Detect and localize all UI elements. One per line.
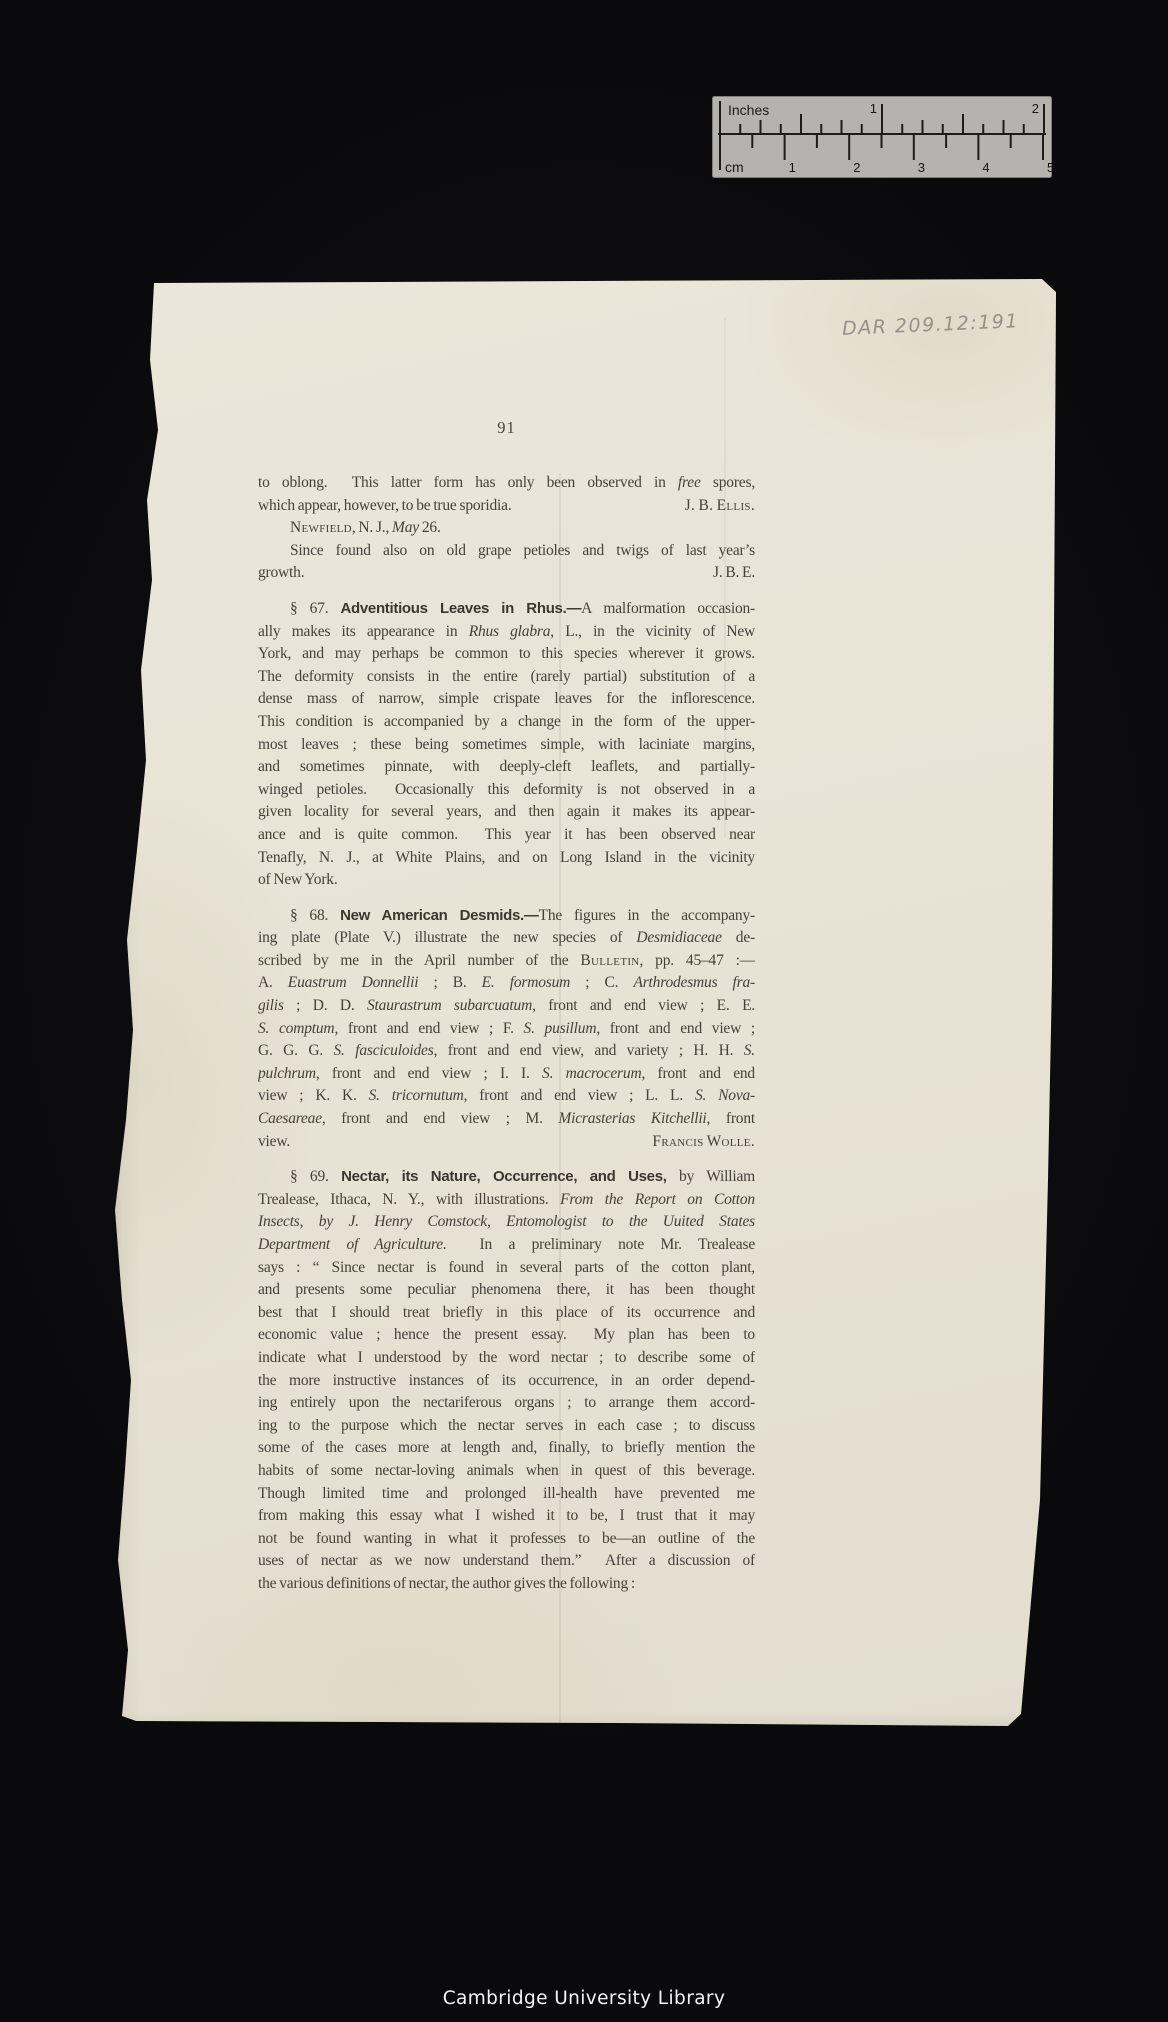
text-line: economic value ; hence the present essay… [258, 1324, 755, 1347]
text-segment: § 69. [290, 1168, 341, 1185]
ruler-cm-label: cm [725, 159, 744, 175]
library-caption: Cambridge University Library [0, 1988, 1168, 2009]
text-segment: Insects, by J. Henry Comstock, Entomolog… [258, 1213, 755, 1230]
text-line: view ; K. K. S. tricornutum, front and e… [258, 1085, 755, 1108]
text-segment: J. B. E. [713, 564, 755, 581]
text-segment: In a preliminary note Mr. Trealease [447, 1236, 755, 1253]
paragraph-section-67: § 67. Adventitious Leaves in Rhus.—A mal… [258, 598, 755, 892]
text-segment: , pp. 45–47 :— [640, 952, 755, 969]
text-segment: Bulletin [580, 952, 639, 969]
text-line: ally makes its appearance in Rhus glabra… [258, 621, 755, 644]
text-line: ing entirely upon the nectariferous orga… [258, 1392, 755, 1415]
text-segment: best that I should treat briefly in this… [258, 1304, 755, 1321]
text-segment: scribed by me in the April number of the [258, 952, 580, 969]
paragraph-section-68: § 68. New American Desmids.—The figures … [258, 905, 755, 1154]
text-line: A. Euastrum Donnellii ; B. E. formosum ;… [258, 972, 755, 995]
text-line: to oblong. This latter form has only bee… [258, 472, 755, 495]
text-line: habits of some nectar-loving animals whe… [258, 1460, 755, 1483]
text-line: scribed by me in the April number of the… [258, 950, 755, 973]
text-line: most leaves ; these being sometimes simp… [258, 734, 755, 757]
text-line: dense mass of narrow, simple crispate le… [258, 688, 755, 711]
ruler-cm-number: 3 [918, 160, 925, 175]
text-segment: A malformation occasion- [581, 600, 755, 617]
text-line: and presents some peculiar phenomena the… [258, 1279, 755, 1302]
text-line: given locality for several years, and th… [258, 801, 755, 824]
text-segment: Newfield [290, 519, 352, 536]
text-line: says : “ Since nectar is found in severa… [258, 1257, 755, 1280]
text-segment: by William [667, 1168, 755, 1185]
text-segment: ; D. D. [284, 997, 367, 1014]
text-segment: S. Nova- [695, 1087, 755, 1104]
text-segment: ance and is quite common. This year it h… [258, 826, 755, 843]
text-segment: , front and end view ; M. [322, 1110, 558, 1127]
text-segment: , front and end view ; E. E. [532, 997, 755, 1014]
text-segment: and presents some peculiar phenomena the… [258, 1281, 755, 1298]
text-segment: Francis Wolle. [652, 1133, 755, 1150]
signature: J. B. Ellis. [685, 495, 755, 518]
text-segment: Caesareae [258, 1110, 322, 1127]
text-line: § 69. Nectar, its Nature, Occurrence, an… [258, 1166, 755, 1189]
text-segment: given locality for several years, and th… [258, 803, 755, 820]
text-line: Insects, by J. Henry Comstock, Entomolog… [258, 1211, 755, 1234]
paragraph-ellis-note: to oblong. This latter form has only bee… [258, 472, 755, 585]
text-segment: not be found wanting in what it professe… [258, 1530, 755, 1547]
text-segment: the various definitions of nectar, the a… [258, 1575, 635, 1592]
text-segment: spores, [701, 474, 755, 491]
text-segment: , L., in the vicinity of New [550, 623, 755, 640]
text-line: view.Francis Wolle. [258, 1131, 755, 1154]
text-segment: Department of Agriculture. [258, 1236, 447, 1253]
text-line: the various definitions of nectar, the a… [258, 1573, 755, 1596]
ruler-cm-number: 2 [853, 160, 860, 175]
text-segment: winged petioles. Occasionally this defor… [258, 781, 755, 798]
text-line: indicate what I understood by the word n… [258, 1347, 755, 1370]
text-line: growth.J. B. E. [258, 562, 755, 585]
text-line: uses of nectar as we now understand them… [258, 1550, 755, 1573]
text-segment: economic value ; hence the present essay… [258, 1326, 755, 1343]
text-segment: Euastrum Donnellii [288, 974, 419, 991]
text-segment: growth. [258, 564, 304, 581]
text-segment: Nectar, its Nature, Occurrence, and Uses… [341, 1168, 667, 1185]
text-segment: ing plate (Plate V.) illustrate the new … [258, 929, 636, 946]
text-segment: dense mass of narrow, simple crispate le… [258, 690, 755, 707]
text-line: ing to the purpose which the nectar serv… [258, 1415, 755, 1438]
text-segment: indicate what I understood by the word n… [258, 1349, 755, 1366]
text-line: not be found wanting in what it professe… [258, 1528, 755, 1551]
ruler-inch-number: 2 [1032, 101, 1039, 116]
text-line: which appear, however, to be true sporid… [258, 495, 755, 518]
text-line: § 68. New American Desmids.—The figures … [258, 905, 755, 928]
text-segment: S. comptum [258, 1020, 334, 1037]
text-segment: ; B. [418, 974, 481, 991]
text-segment: The deformity consists in the entire (ra… [258, 668, 755, 685]
text-line: Caesareae, front and end view ; M. Micra… [258, 1108, 755, 1131]
text-segment: free [678, 474, 701, 491]
text-segment: Micrasterias Kitchellii [558, 1110, 706, 1127]
text-segment: to oblong. This latter form has only bee… [258, 474, 678, 491]
text-segment: ing entirely upon the nectariferous orga… [258, 1394, 755, 1411]
text-segment: some of the cases more at length and, fi… [258, 1439, 755, 1456]
signature: Francis Wolle. [652, 1131, 755, 1154]
text-segment: the more instructive instances of its oc… [258, 1372, 755, 1389]
text-line: best that I should treat briefly in this… [258, 1302, 755, 1325]
text-line: York, and may perhaps be common to this … [258, 643, 755, 666]
paragraph-section-69: § 69. Nectar, its Nature, Occurrence, an… [258, 1166, 755, 1595]
text-segment: G. G. G. [258, 1042, 334, 1059]
text-segment: Arthrodesmus fra- [633, 974, 755, 991]
text-segment: Staurastrum subarcuatum [367, 997, 532, 1014]
text-segment: gilis [258, 997, 284, 1014]
text-segment: A. [258, 974, 288, 991]
text-line: some of the cases more at length and, fi… [258, 1437, 755, 1460]
text-segment: ; C. [570, 974, 633, 991]
text-line: and sometimes pinnate, with deeply-cleft… [258, 756, 755, 779]
text-line: gilis ; D. D. Staurastrum subarcuatum, f… [258, 995, 755, 1018]
text-line: The deformity consists in the entire (ra… [258, 666, 755, 689]
text-segment: From the Report on Cotton [560, 1191, 755, 1208]
text-line: This condition is accompanied by a chang… [258, 711, 755, 734]
text-segment: This condition is accompanied by a chang… [258, 713, 755, 730]
ruler-inch-number: 1 [870, 101, 877, 116]
text-line: S. comptum, front and end view ; F. S. p… [258, 1018, 755, 1041]
text-line: Newfield, N. J., May 26. [258, 517, 755, 540]
text-line: Though limited time and prolonged ill-he… [258, 1483, 755, 1506]
text-line: from making this essay what I wished it … [258, 1505, 755, 1528]
text-segment: , front and end view ; I. I. [316, 1065, 542, 1082]
text-line: Tenafly, N. J., at White Plains, and on … [258, 847, 755, 870]
text-segment: § 67. [290, 600, 340, 617]
text-segment: and sometimes pinnate, with deeply-cleft… [258, 758, 755, 775]
document-page: DAR 209.12:191 91 to oblong. This latter… [112, 278, 1058, 1728]
photo-backdrop: Inches cm 1212345 DAR 209.12:191 91 to o… [0, 0, 1168, 2022]
text-segment: Though limited time and prolonged ill-he… [258, 1485, 755, 1502]
page-number: 91 [258, 418, 755, 438]
text-line: pulchrum, front and end view ; I. I. S. … [258, 1063, 755, 1086]
text-segment: ally makes its appearance in [258, 623, 469, 640]
text-segment: S. [744, 1042, 755, 1059]
ruler-cm-number: 4 [982, 160, 989, 175]
text-segment: S. tricornutum [369, 1087, 464, 1104]
text-segment: Adventitious Leaves in Rhus.— [340, 600, 581, 617]
text-line: § 67. Adventitious Leaves in Rhus.—A mal… [258, 598, 755, 621]
text-segment: , front [707, 1110, 755, 1127]
text-segment: Trealease, Ithaca, N. Y., with illustrat… [258, 1191, 560, 1208]
text-segment: § 68. [290, 907, 340, 924]
text-segment: , front and end [641, 1065, 755, 1082]
text-segment: The figures in the accompany- [539, 907, 755, 924]
shelfmark-annotation: DAR 209.12:191 [842, 310, 1020, 340]
text-segment: 26. [419, 519, 441, 536]
text-segment: from making this essay what I wished it … [258, 1507, 755, 1524]
text-segment: , front and end view ; F. [334, 1020, 523, 1037]
text-block: to oblong. This latter form has only bee… [258, 472, 755, 1596]
text-segment: most leaves ; these being sometimes simp… [258, 736, 755, 753]
text-segment: habits of some nectar-loving animals whe… [258, 1462, 755, 1479]
text-line: Trealease, Ithaca, N. Y., with illustrat… [258, 1189, 755, 1212]
text-line: ance and is quite common. This year it h… [258, 824, 755, 847]
text-segment: says : “ Since nectar is found in severa… [258, 1259, 755, 1276]
text-segment: of New York. [258, 871, 338, 888]
ruler-cm-number: 5 [1047, 160, 1052, 175]
text-segment: Desmidiaceae [636, 929, 721, 946]
text-segment: which appear, however, to be true sporid… [258, 497, 512, 514]
text-segment: , front and end view ; L. L. [464, 1087, 695, 1104]
text-segment: E. formosum [482, 974, 570, 991]
text-segment: York, and may perhaps be common to this … [258, 645, 755, 662]
signature: J. B. E. [713, 562, 755, 585]
text-line: of New York. [258, 869, 755, 892]
measurement-ruler: Inches cm 1212345 [712, 96, 1052, 178]
text-segment: Rhus glabra [469, 623, 551, 640]
text-line: G. G. G. S. fasciculoides, front and end… [258, 1040, 755, 1063]
text-segment: , N. J., [352, 519, 392, 536]
ruler-inches-label: Inches [728, 102, 769, 118]
text-segment: de- [722, 929, 755, 946]
text-line: the more instructive instances of its oc… [258, 1370, 755, 1393]
text-line: ing plate (Plate V.) illustrate the new … [258, 927, 755, 950]
text-segment: Tenafly, N. J., at White Plains, and on … [258, 849, 755, 866]
text-segment: uses of nectar as we now understand them… [258, 1552, 755, 1569]
text-segment: ing to the purpose which the nectar serv… [258, 1417, 755, 1434]
text-segment: pulchrum [258, 1065, 316, 1082]
text-line: Department of Agriculture. In a prelimin… [258, 1234, 755, 1257]
text-segment: S. fasciculoides [334, 1042, 434, 1059]
text-line: Since found also on old grape petioles a… [258, 540, 755, 563]
text-segment: S. pusillum [524, 1020, 597, 1037]
text-segment: J. B. Ellis. [685, 497, 755, 514]
text-segment: Since found also on old grape petioles a… [290, 542, 755, 559]
text-segment: , front and end view, and variety ; H. H… [434, 1042, 744, 1059]
text-segment: , front and end view ; [596, 1020, 755, 1037]
text-segment: New American Desmids.— [340, 907, 539, 924]
text-segment: S. macrocerum [542, 1065, 641, 1082]
text-segment: view. [258, 1133, 290, 1150]
text-segment: view ; K. K. [258, 1087, 369, 1104]
text-segment: May [392, 519, 419, 536]
ruler-cm-number: 1 [789, 160, 796, 175]
text-line: winged petioles. Occasionally this defor… [258, 779, 755, 802]
